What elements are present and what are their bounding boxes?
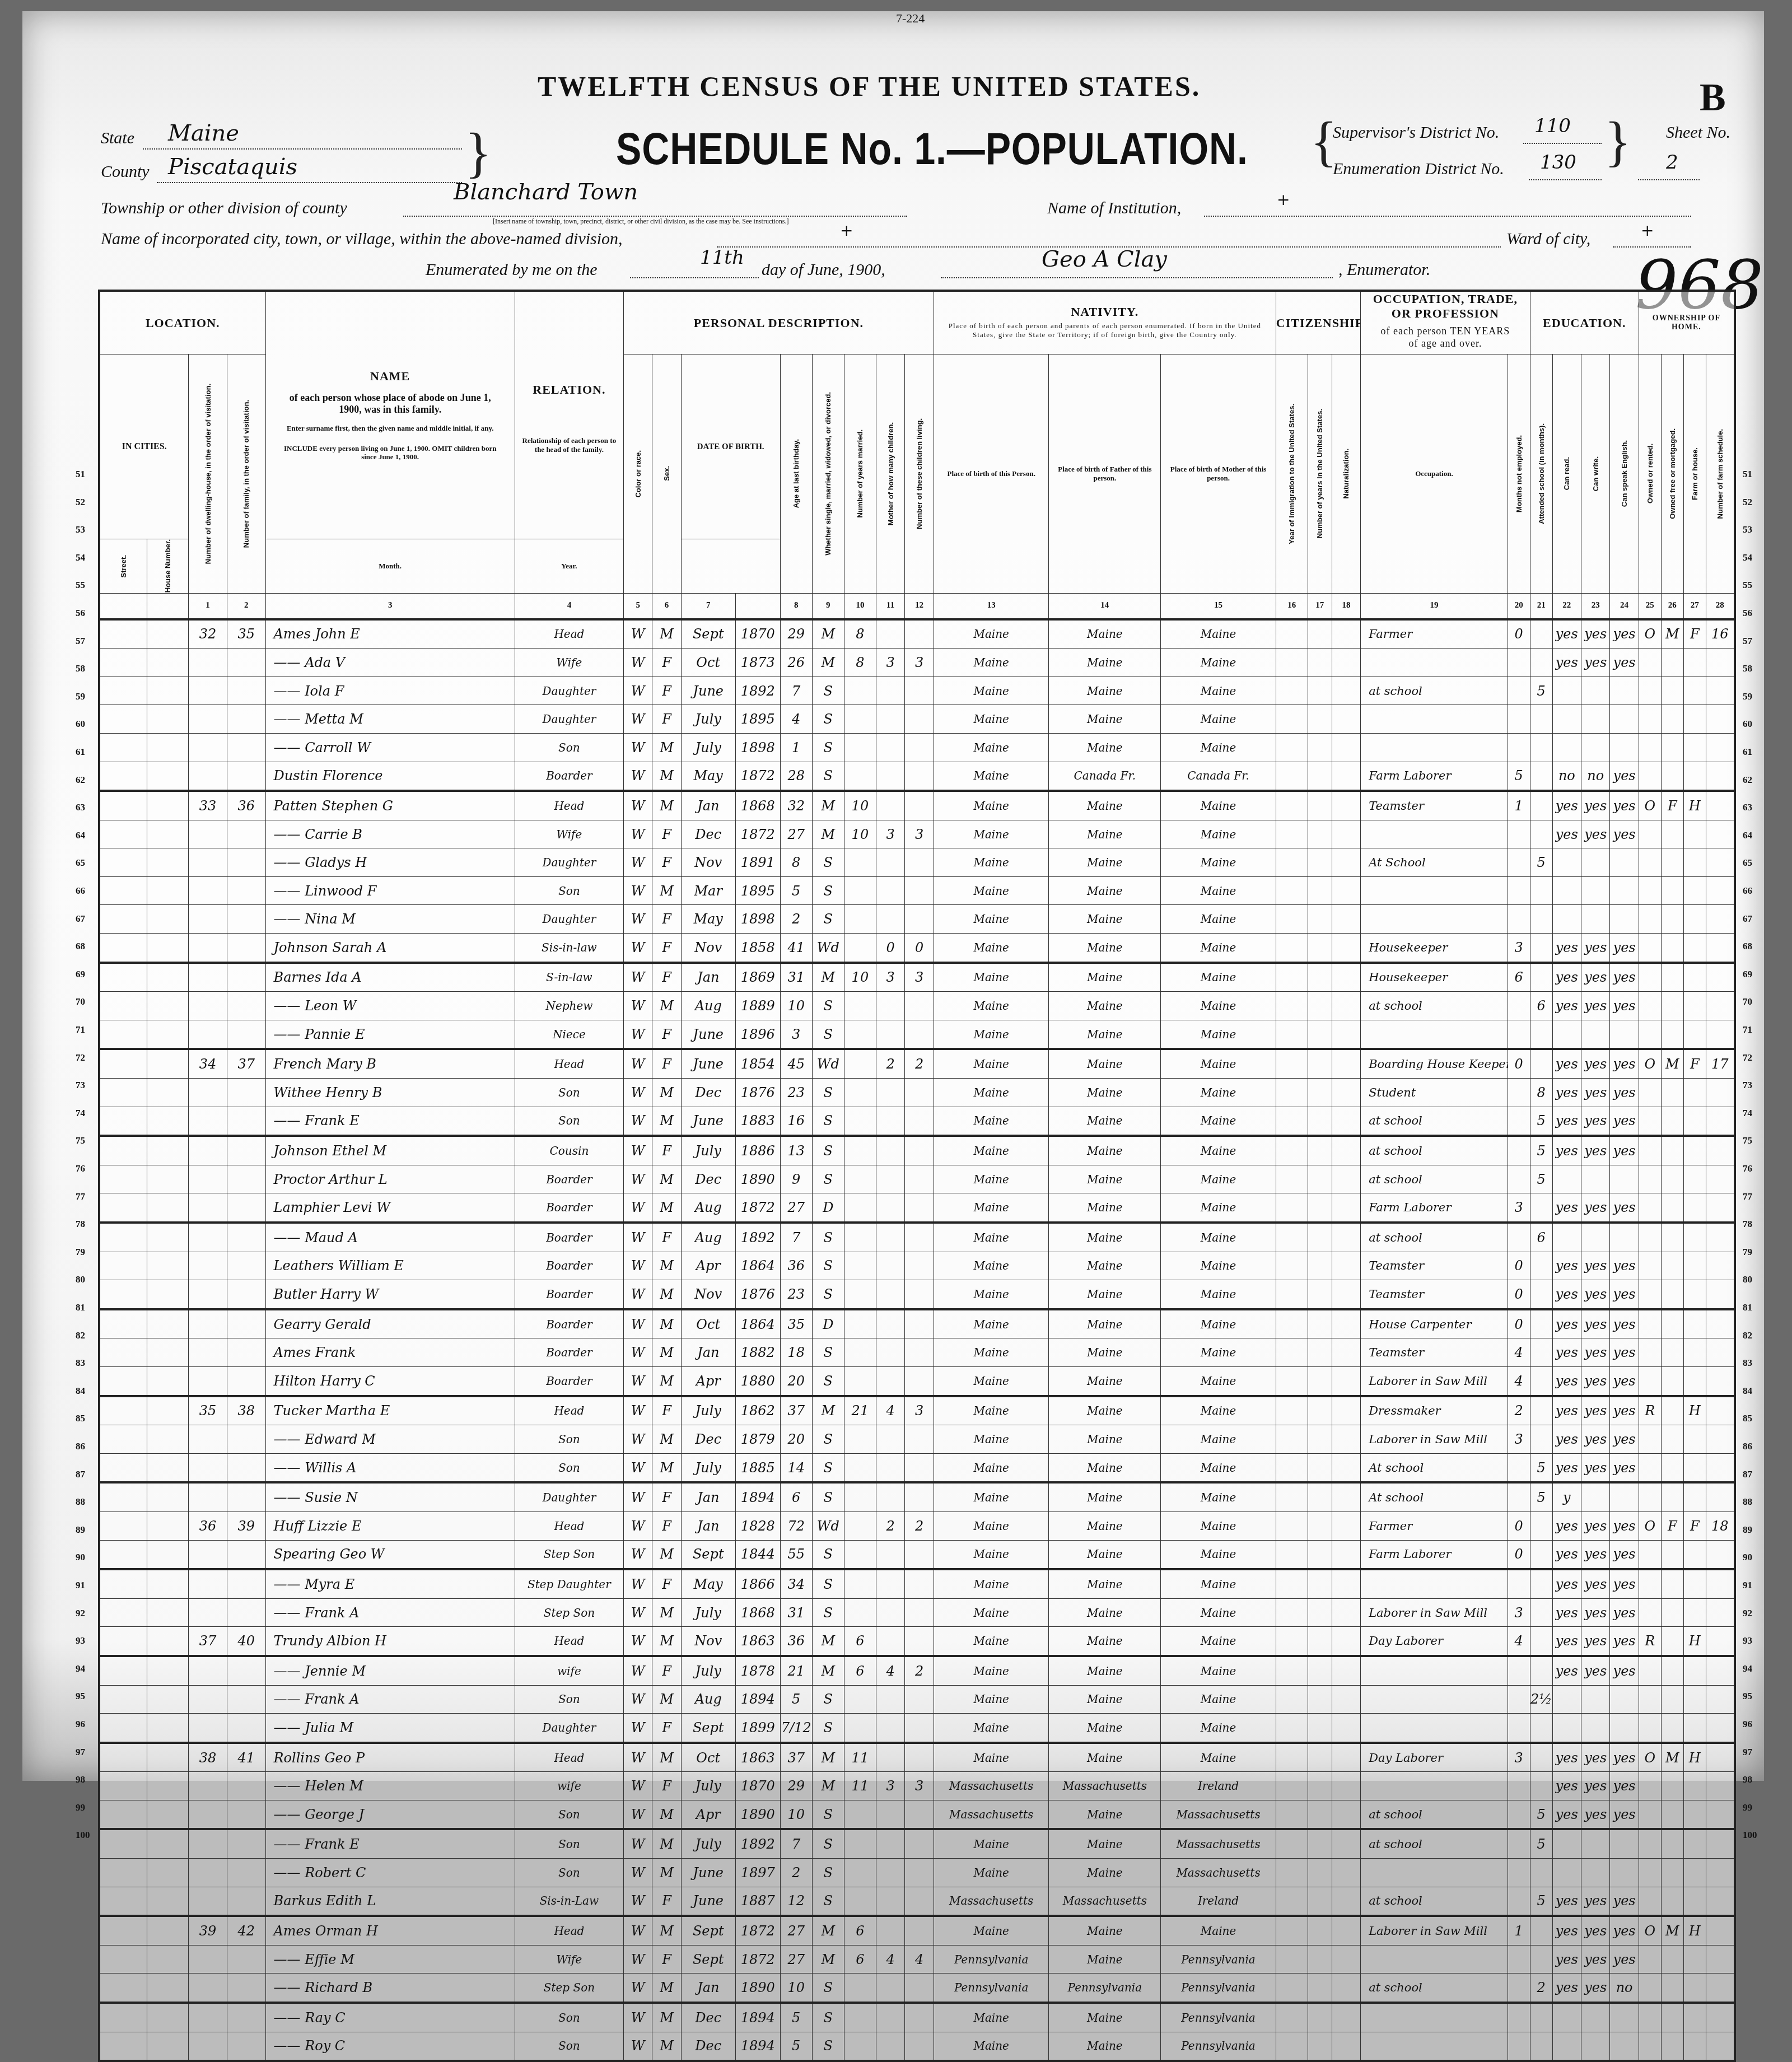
cell-month: June [681, 1107, 735, 1136]
cell-schedule [1706, 1772, 1735, 1794]
cell-relation: Boarder [515, 1366, 623, 1396]
cell-mortgage: F [1661, 791, 1683, 820]
cell-mother-of: 2 [876, 1049, 904, 1078]
cell-owned [1639, 1338, 1661, 1367]
cell-color: W [623, 1165, 652, 1193]
cell-living [905, 992, 934, 1020]
cell-sex: F [652, 1714, 681, 1743]
cell-write [1581, 705, 1610, 734]
can-write-header-text: Can write. [1592, 456, 1600, 491]
cell-pob-mother: Maine [1161, 1309, 1276, 1338]
cell-house [147, 992, 189, 1020]
cell-marital: M [812, 820, 844, 848]
cell-year: 1895 [735, 876, 780, 905]
cell-mortgage [1661, 1425, 1683, 1454]
cell-unemployed [1508, 1136, 1530, 1165]
cell-owned [1639, 905, 1661, 934]
cell-read: yes [1552, 1540, 1581, 1569]
cell-relation: Daughter [515, 848, 623, 877]
cell-yrs-us [1308, 1772, 1332, 1794]
cell-dwelling [189, 820, 227, 848]
line-number: 76 [1743, 1163, 1752, 1174]
cell-mother-of [876, 848, 904, 877]
cell-relation: Son [515, 733, 623, 762]
cell-yrs-us [1308, 649, 1332, 677]
cell-pob-father: Maine [1049, 1107, 1161, 1136]
cell-yrs-married [844, 1280, 876, 1309]
cell-year: 1858 [735, 934, 780, 963]
birth-person-header: Place of birth of this Person. [934, 354, 1049, 593]
cell-english: yes [1610, 1569, 1639, 1598]
cell-pob-father: Maine [1049, 1193, 1161, 1223]
cell-english: yes [1610, 1540, 1639, 1569]
cell-mortgage [1661, 705, 1683, 734]
table-row: —— Gladys HDaughterWFNov18918SMaineMaine… [99, 848, 1735, 877]
cell-year: 1894 [735, 1482, 780, 1511]
cell-pob-father: Maine [1049, 1598, 1161, 1627]
cell-dwelling [189, 1425, 227, 1454]
cell-school [1530, 705, 1552, 734]
state-label: State [101, 129, 134, 148]
cell-family: 38 [227, 1396, 265, 1425]
cell-farm [1683, 649, 1706, 677]
cell-mother-of [876, 1280, 904, 1309]
cell-nat [1332, 1049, 1360, 1078]
cell-name: French Mary B [265, 1049, 515, 1078]
cell-nat [1332, 1627, 1360, 1656]
cell-year: 1872 [735, 762, 780, 791]
cell-yrs-married [844, 1049, 876, 1078]
table-row: Barnes Ida AS-in-lawWFJan186931M1033Main… [99, 963, 1735, 992]
cell-schedule [1706, 733, 1735, 762]
cell-yrs-us [1308, 1020, 1332, 1049]
cell-name: —— Carroll W [265, 733, 515, 762]
cell-street [99, 619, 147, 649]
line-number: 96 [76, 1719, 85, 1730]
table-row: —— Edward MSonWMDec187920SMaineMaineMain… [99, 1425, 1735, 1454]
cell-year: 1863 [735, 1743, 780, 1772]
cell-imm [1276, 1482, 1308, 1511]
cell-write: yes [1581, 791, 1610, 820]
cell-unemployed [1508, 1453, 1530, 1482]
cell-mortgage [1661, 649, 1683, 677]
cell-month: Aug [681, 1193, 735, 1223]
cell-pob: Maine [934, 649, 1049, 677]
supervisor-label: Supervisor's District No. [1333, 123, 1499, 142]
cell-relation: Son [515, 1685, 623, 1714]
cell-nat [1332, 1020, 1360, 1049]
cell-pob: Maine [934, 677, 1049, 705]
column-number [99, 593, 147, 619]
cell-yrs-us [1308, 705, 1332, 734]
cell-pob: Maine [934, 705, 1049, 734]
line-number: 51 [1743, 469, 1752, 480]
cell-pob-mother: Maine [1161, 876, 1276, 905]
cell-year: 1862 [735, 1396, 780, 1425]
cell-living [905, 1165, 934, 1193]
cell-yrs-married: 10 [844, 820, 876, 848]
cell-dwelling [189, 733, 227, 762]
cell-pob-mother: Maine [1161, 1280, 1276, 1309]
column-number: 20 [1508, 593, 1530, 619]
cell-farm [1683, 1453, 1706, 1482]
cell-month: Nov [681, 848, 735, 877]
cell-occupation [1361, 733, 1508, 762]
cell-age: 55 [780, 1540, 812, 1569]
cell-school: 5 [1530, 1107, 1552, 1136]
cell-sex: M [652, 733, 681, 762]
cell-color: W [623, 1772, 652, 1794]
cell-read [1552, 1685, 1581, 1714]
cell-pob: Maine [934, 1136, 1049, 1165]
cell-imm [1276, 1540, 1308, 1569]
cell-read: yes [1552, 1252, 1581, 1280]
cell-name: Barnes Ida A [265, 963, 515, 992]
cell-pob-father: Maine [1049, 733, 1161, 762]
cell-schedule [1706, 1309, 1735, 1338]
cell-family [227, 1598, 265, 1627]
cell-relation: Boarder [515, 1193, 623, 1223]
cell-nat [1332, 1223, 1360, 1252]
cell-english: yes [1610, 1136, 1639, 1165]
cell-yrs-us [1308, 905, 1332, 934]
cell-relation: Head [515, 619, 623, 649]
enumerated-date-suffix: day of June, 1900, [762, 260, 885, 279]
ward-label: Ward of city, [1506, 230, 1590, 249]
cell-nat [1332, 705, 1360, 734]
cell-color: W [623, 1280, 652, 1309]
cell-owned [1639, 733, 1661, 762]
cell-living [905, 1627, 934, 1656]
cell-dwelling: 32 [189, 619, 227, 649]
cell-sex: F [652, 848, 681, 877]
cell-sex: M [652, 1079, 681, 1107]
cell-dwelling [189, 1569, 227, 1598]
cell-sex: F [652, 1020, 681, 1049]
cell-school [1530, 1540, 1552, 1569]
cell-relation: Head [515, 1511, 623, 1540]
cell-family [227, 1714, 265, 1743]
cell-relation: Boarder [515, 1309, 623, 1338]
cell-yrs-us [1308, 1280, 1332, 1309]
cell-pob-mother: Maine [1161, 1569, 1276, 1598]
cell-name: Trundy Albion H [265, 1627, 515, 1656]
cell-yrs-us [1308, 1396, 1332, 1425]
cell-nat [1332, 934, 1360, 963]
cell-street [99, 1482, 147, 1511]
occupation-desc: of each person TEN YEARS of age and over… [1361, 321, 1530, 354]
line-number: 53 [1743, 524, 1752, 535]
cell-sex: M [652, 791, 681, 820]
table-row: Leathers William EBoarderWMApr186436SMai… [99, 1252, 1735, 1280]
cell-mother-of [876, 1020, 904, 1049]
cell-mother-of [876, 1598, 904, 1627]
cell-write: yes [1581, 1396, 1610, 1425]
cell-color: W [623, 619, 652, 649]
cell-sex: M [652, 1540, 681, 1569]
cell-living: 2 [905, 1049, 934, 1078]
county-line [157, 182, 462, 183]
cell-relation: Boarder [515, 1223, 623, 1252]
cell-year: 1880 [735, 1366, 780, 1396]
cell-dwelling [189, 1020, 227, 1049]
cell-occupation: At school [1361, 1482, 1508, 1511]
cell-farm [1683, 1366, 1706, 1396]
cell-pob-mother: Maine [1161, 820, 1276, 848]
cell-name: —— Carrie B [265, 820, 515, 848]
cell-unemployed [1508, 848, 1530, 877]
table-row: —— Iola FDaughterWFJune18927SMaineMaineM… [99, 677, 1735, 705]
cell-mother-of [876, 1252, 904, 1280]
cell-month: Nov [681, 1627, 735, 1656]
cell-mortgage [1661, 677, 1683, 705]
cell-color: W [623, 791, 652, 820]
cell-marital: M [812, 619, 844, 649]
cell-house [147, 1396, 189, 1425]
line-number: 97 [76, 1747, 85, 1758]
cell-name: —— Ada V [265, 649, 515, 677]
farm-schedule-header: Number of farm schedule. [1706, 354, 1735, 593]
cell-marital: S [812, 705, 844, 734]
cell-farm: F [1683, 619, 1706, 649]
cell-yrs-married: 11 [844, 1772, 876, 1794]
line-number: 91 [76, 1580, 85, 1591]
farm-house-header: Farm or house. [1683, 354, 1706, 593]
cell-street [99, 1309, 147, 1338]
cell-mother-of: 3 [876, 820, 904, 848]
cell-living: 3 [905, 820, 934, 848]
cell-color: W [623, 1136, 652, 1165]
cell-imm [1276, 1280, 1308, 1309]
cell-owned [1639, 1223, 1661, 1252]
cell-owned: O [1639, 619, 1661, 649]
cell-yrs-us [1308, 1453, 1332, 1482]
years-us-header: Number of years in the United States. [1308, 354, 1332, 593]
cell-write [1581, 905, 1610, 934]
cell-dwelling [189, 1453, 227, 1482]
cell-occupation: at school [1361, 992, 1508, 1020]
cell-unemployed [1508, 1772, 1530, 1794]
cell-farm [1683, 677, 1706, 705]
cell-yrs-married [844, 1569, 876, 1598]
citizenship-header: CITIZENSHIP. [1276, 291, 1360, 354]
cell-mortgage [1661, 1685, 1683, 1714]
cell-year: 1898 [735, 733, 780, 762]
cell-house [147, 762, 189, 791]
cell-house [147, 1569, 189, 1598]
cell-write: yes [1581, 649, 1610, 677]
cell-pob-mother: Maine [1161, 1366, 1276, 1396]
cell-occupation: Farmer [1361, 1511, 1508, 1540]
cell-schedule [1706, 1020, 1735, 1049]
line-number: 82 [1743, 1330, 1752, 1341]
cell-street [99, 1252, 147, 1280]
cell-month: Sept [681, 1540, 735, 1569]
cell-imm [1276, 649, 1308, 677]
cell-english: yes [1610, 1280, 1639, 1309]
cell-pob: Maine [934, 848, 1049, 877]
cell-pob-father: Maine [1049, 1223, 1161, 1252]
cell-occupation [1361, 1020, 1508, 1049]
cell-relation: Head [515, 1627, 623, 1656]
cell-imm [1276, 934, 1308, 963]
line-number: 91 [1743, 1580, 1752, 1591]
cell-unemployed: 4 [1508, 1366, 1530, 1396]
table-row: —— Frank AStep SonWMJuly186831SMaineMain… [99, 1598, 1735, 1627]
cell-family: 41 [227, 1743, 265, 1772]
cell-living [905, 1193, 934, 1223]
cell-write: yes [1581, 1309, 1610, 1338]
can-read-header: Can read. [1552, 354, 1581, 593]
cell-living: 3 [905, 1772, 934, 1794]
cell-nat [1332, 1656, 1360, 1685]
cell-name: —— Frank A [265, 1598, 515, 1627]
cell-house [147, 905, 189, 934]
cell-month: Dec [681, 820, 735, 848]
cell-mortgage [1661, 934, 1683, 963]
cell-owned [1639, 1020, 1661, 1049]
cell-street [99, 1366, 147, 1396]
line-number: 64 [1743, 830, 1752, 841]
cell-schedule [1706, 1685, 1735, 1714]
cell-pob-father: Maine [1049, 1049, 1161, 1078]
cell-farm [1683, 1252, 1706, 1280]
cell-pob-father: Massachusetts [1049, 1772, 1161, 1794]
cell-street [99, 876, 147, 905]
date-of-birth-header: DATE OF BIRTH. [681, 354, 780, 539]
table-row: —— Linwood FSonWMMar18955SMaineMaineMain… [99, 876, 1735, 905]
cell-mortgage [1661, 963, 1683, 992]
cell-school [1530, 820, 1552, 848]
cell-owned [1639, 1280, 1661, 1309]
cell-dwelling [189, 1656, 227, 1685]
cell-month: July [681, 1136, 735, 1165]
cell-month: June [681, 677, 735, 705]
cell-family [227, 705, 265, 734]
cell-yrs-married [844, 1453, 876, 1482]
cell-school: 5 [1530, 677, 1552, 705]
cell-sex: M [652, 1165, 681, 1193]
township-value: Blanchard Town [454, 179, 638, 205]
cell-read: yes [1552, 1079, 1581, 1107]
cell-occupation [1361, 1685, 1508, 1714]
cell-house [147, 934, 189, 963]
cell-write [1581, 1165, 1610, 1193]
cell-unemployed [1508, 1107, 1530, 1136]
immigration-header-text: Year of immigration to the United States… [1287, 404, 1296, 544]
table-row: —— Metta MDaughterWFJuly18954SMaineMaine… [99, 705, 1735, 734]
line-number: 88 [76, 1496, 85, 1508]
cell-mortgage [1661, 1482, 1683, 1511]
cell-dwelling [189, 1338, 227, 1367]
township-note: [Insert name of township, town, precinct… [493, 217, 789, 226]
cell-mortgage [1661, 1366, 1683, 1396]
cell-yrs-married [844, 1193, 876, 1223]
cell-pob-father: Maine [1049, 1366, 1161, 1396]
cell-write: yes [1581, 1656, 1610, 1685]
cell-house [147, 1656, 189, 1685]
cell-english: yes [1610, 1425, 1639, 1454]
cell-yrs-married [844, 677, 876, 705]
cell-pob-father: Maine [1049, 1685, 1161, 1714]
cell-yrs-married [844, 992, 876, 1020]
cell-unemployed [1508, 677, 1530, 705]
cell-pob: Maine [934, 1366, 1049, 1396]
cell-school: 2½ [1530, 1685, 1552, 1714]
cell-mortgage [1661, 1107, 1683, 1136]
cell-schedule: 18 [1706, 1511, 1735, 1540]
cell-living [905, 1714, 934, 1743]
attended-school-header-text: Attended school (in months). [1537, 423, 1546, 524]
enumerator-line [941, 277, 1333, 278]
cell-owned: R [1639, 1396, 1661, 1425]
cell-pob: Maine [934, 1193, 1049, 1223]
cell-occupation: Farm Laborer [1361, 762, 1508, 791]
cell-house [147, 1714, 189, 1743]
column-number: 28 [1706, 593, 1735, 619]
cell-schedule: 17 [1706, 1049, 1735, 1078]
cell-street [99, 1598, 147, 1627]
cell-mother-of: 2 [876, 1511, 904, 1540]
table-row: Proctor Arthur LBoarderWMDec18909SMaineM… [99, 1165, 1735, 1193]
cell-yrs-us [1308, 876, 1332, 905]
column-number: 26 [1661, 593, 1683, 619]
cell-nat [1332, 619, 1360, 649]
cell-sex: M [652, 1453, 681, 1482]
cell-schedule [1706, 1193, 1735, 1223]
cell-mortgage [1661, 1309, 1683, 1338]
cell-nat [1332, 820, 1360, 848]
cell-house [147, 733, 189, 762]
schedule-title: SCHEDULE No. 1.—POPULATION. [616, 123, 1248, 175]
cell-occupation: Teamster [1361, 1280, 1508, 1309]
house-header-text: House Number. [164, 539, 172, 593]
cell-english: yes [1610, 1107, 1639, 1136]
cell-marital: M [812, 963, 844, 992]
cell-pob: Maine [934, 1309, 1049, 1338]
cell-year: 1870 [735, 619, 780, 649]
cell-mortgage [1661, 1540, 1683, 1569]
sex-header: Sex. [652, 354, 681, 593]
cell-street [99, 1223, 147, 1252]
cell-occupation [1361, 1772, 1508, 1794]
cell-english: yes [1610, 1598, 1639, 1627]
cell-occupation: Laborer in Saw Mill [1361, 1366, 1508, 1396]
cell-pob-father: Maine [1049, 1425, 1161, 1454]
cell-relation: Wife [515, 820, 623, 848]
cell-month: Apr [681, 1366, 735, 1396]
cell-relation: Son [515, 1453, 623, 1482]
cell-nat [1332, 1396, 1360, 1425]
cell-living [905, 876, 934, 905]
cell-sex: M [652, 1107, 681, 1136]
cell-marital: S [812, 1280, 844, 1309]
cell-mother-of [876, 1136, 904, 1165]
cell-owned [1639, 820, 1661, 848]
cell-month: July [681, 1598, 735, 1627]
name-instructions: Enter surname first, then the given name… [266, 418, 515, 438]
cell-mother-of [876, 1165, 904, 1193]
in-cities-header: IN CITIES. [99, 354, 189, 539]
cell-schedule [1706, 1252, 1735, 1280]
cell-pob-father: Maine [1049, 1627, 1161, 1656]
line-number: 72 [76, 1052, 85, 1063]
cell-name: Huff Lizzie E [265, 1511, 515, 1540]
cell-yrs-us [1308, 1540, 1332, 1569]
cell-schedule [1706, 1743, 1735, 1772]
cell-imm [1276, 1569, 1308, 1598]
header-brace: } [465, 120, 492, 185]
